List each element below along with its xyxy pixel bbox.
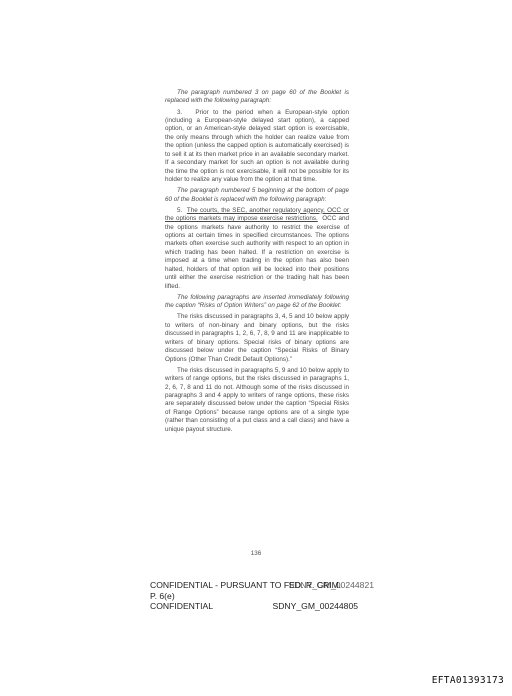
document-page: The paragraph numbered 3 on page 60 of t… bbox=[0, 0, 512, 696]
instruction-paragraph-2: The paragraph numbered 5 beginning at th… bbox=[165, 187, 349, 204]
efta-stamp: EFTA01393173 bbox=[432, 675, 504, 686]
page-number: 136 bbox=[0, 550, 512, 557]
footer-bates-overlap: SDNY_GM_00244821 bbox=[288, 580, 374, 591]
paragraph-3: 3. Prior to the period when a European-s… bbox=[165, 109, 349, 185]
paragraph-number: 3. bbox=[177, 109, 182, 116]
range-options-paragraph: The risks discussed in paragraphs 5, 9 a… bbox=[165, 367, 349, 435]
paragraph-number: 5. bbox=[177, 207, 182, 214]
confidentiality-footer: CONFIDENTIAL - PURSUANT TO FED. R. CRIM.… bbox=[150, 580, 380, 612]
text-column: The paragraph numbered 3 on page 60 of t… bbox=[165, 89, 349, 437]
footer-confidential: CONFIDENTIAL bbox=[150, 601, 213, 612]
instruction-paragraph-3: The following paragraphs are inserted im… bbox=[165, 294, 349, 311]
footer-rule-reference: P. 6(e) bbox=[150, 591, 380, 602]
instruction-paragraph-1: The paragraph numbered 3 on page 60 of t… bbox=[165, 89, 349, 106]
binary-options-paragraph: The risks discussed in paragraphs 3, 4, … bbox=[165, 313, 349, 364]
footer-bates-number: SDNY_GM_00244805 bbox=[272, 601, 358, 612]
paragraph-text: Prior to the period when a European-styl… bbox=[165, 109, 349, 184]
paragraph-text: OCC and the options markets have authori… bbox=[165, 215, 349, 290]
paragraph-5: 5. The courts, the SEC, another regulato… bbox=[165, 207, 349, 292]
